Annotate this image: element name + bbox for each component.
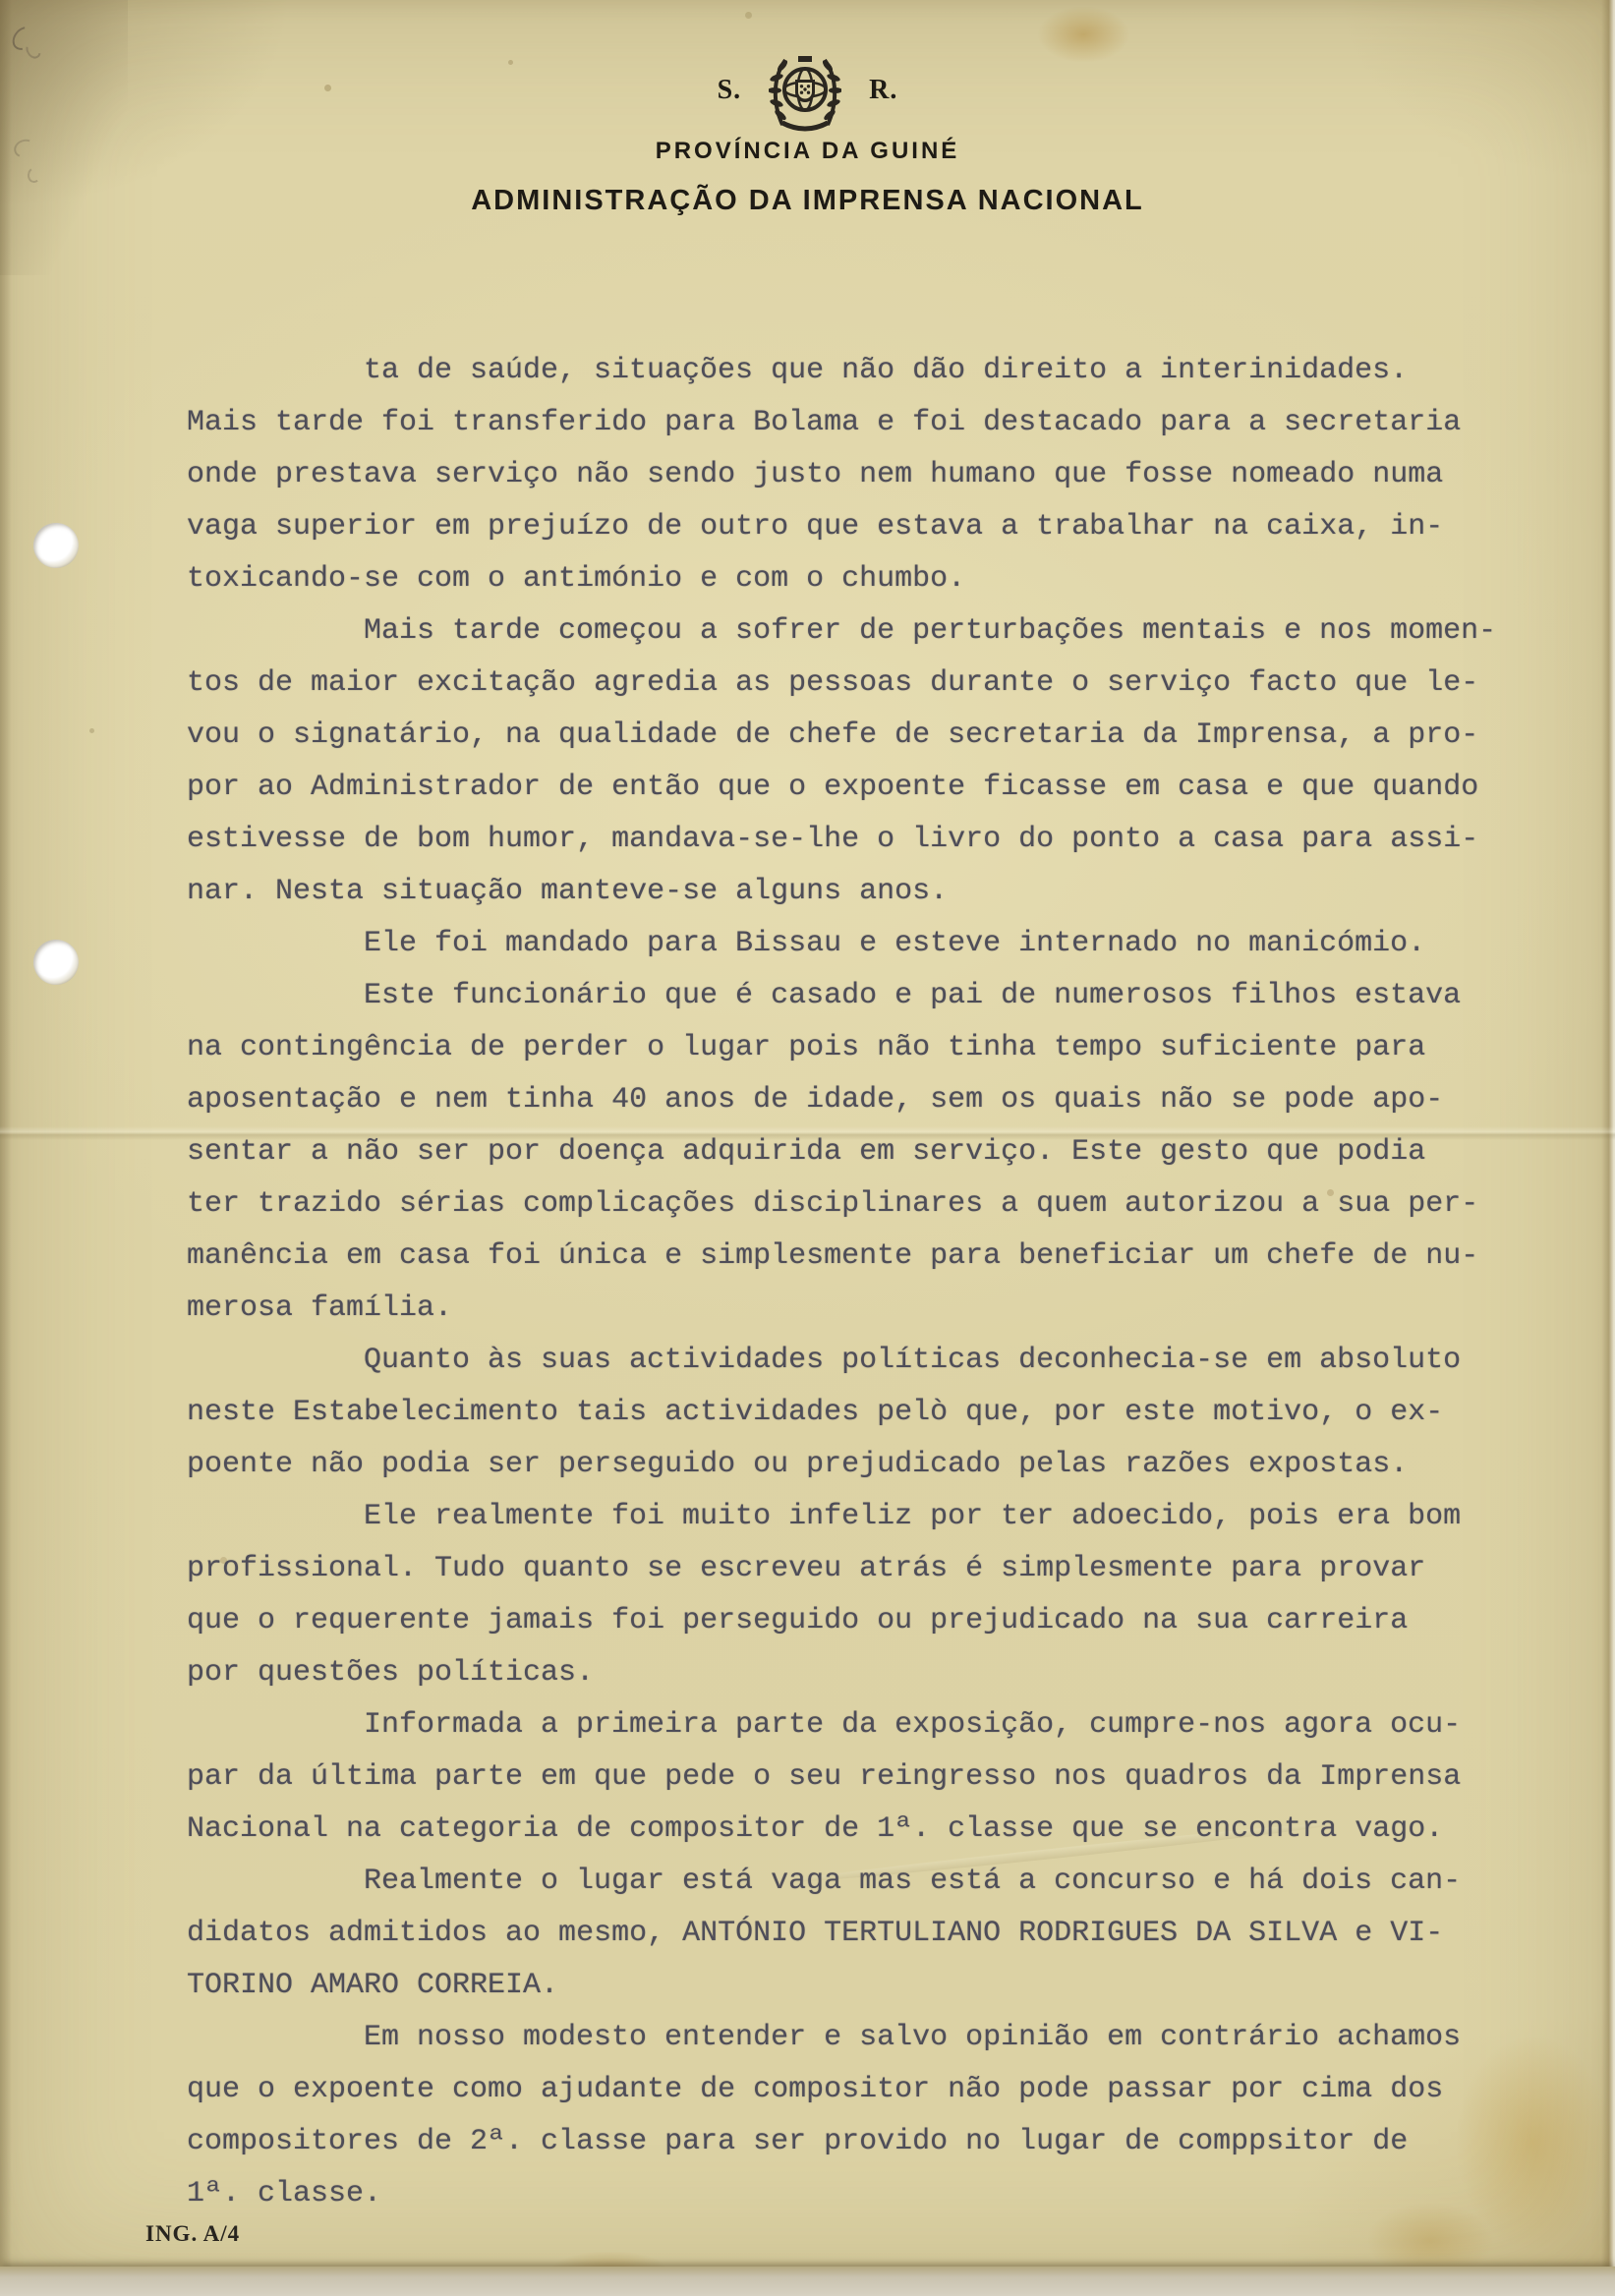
document-line: que o expoente como ajudante de composit… (187, 2064, 1524, 2116)
document-line: Este funcionário que é casado e pai de n… (187, 970, 1524, 1022)
document-line: na contingência de perder o lugar pois n… (187, 1022, 1524, 1074)
letterhead-right-initial: R. (869, 75, 897, 106)
scan-edge-right (1601, 0, 1615, 2296)
document-line: vou o signatário, na qualidade de chefe … (187, 710, 1524, 762)
form-code: ING. A/4 (145, 2221, 240, 2247)
document-line: compositores de 2ª. classe para ser prov… (187, 2116, 1524, 2168)
administration-title: ADMINISTRAÇÃO DA IMPRENSA NACIONAL (0, 185, 1615, 217)
document-line: Quanto às suas actividades políticas dec… (187, 1335, 1524, 1387)
document-line: neste Estabelecimento tais actividades p… (187, 1387, 1524, 1439)
letterhead-initials-row: S. (0, 47, 1615, 134)
letterhead: S. (0, 47, 1615, 217)
document-line: Mais tarde foi transferido para Bolama e… (187, 397, 1524, 449)
scan-edge-bottom (0, 2267, 1615, 2296)
document-line: manência em casa foi única e simplesment… (187, 1231, 1524, 1283)
document-line: vaga superior em prejuízo de outro que e… (187, 501, 1524, 553)
document-line: poente não podia ser perseguido ou preju… (187, 1439, 1524, 1491)
document-line: onde prestava serviço não sendo justo ne… (187, 449, 1524, 501)
document-line: nar. Nesta situação manteve-se alguns an… (187, 866, 1524, 918)
province-title: PROVÍNCIA DA GUINÉ (0, 138, 1615, 165)
document-line: por ao Administrador de então que o expo… (187, 762, 1524, 814)
scan-edge-left (0, 0, 12, 2296)
document-line: Ele foi mandado para Bissau e esteve int… (187, 918, 1524, 970)
document-line: que o requerente jamais foi perseguido o… (187, 1595, 1524, 1647)
letterhead-left-initial: S. (718, 75, 742, 106)
document-line: Mais tarde começou a sofrer de perturbaç… (187, 605, 1524, 658)
document-line: didatos admitidos ao mesmo, ANTÓNIO TERT… (187, 1908, 1524, 1960)
paper-specks (0, 0, 3, 3)
coat-of-arms-icon (769, 48, 841, 133)
document-line: par da última parte em que pede o seu re… (187, 1751, 1524, 1804)
document-line: tos de maior excitação agredia as pessoa… (187, 658, 1524, 710)
document-line: Ele realmente foi muito infeliz por ter … (187, 1491, 1524, 1543)
document-line: 1ª. classe. (187, 2168, 1524, 2220)
document-line: profissional. Tudo quanto se escreveu at… (187, 1543, 1524, 1595)
document-line: estivesse de bom humor, mandava-se-lhe o… (187, 814, 1524, 866)
document-line: sentar a não ser por doença adquirida em… (187, 1126, 1524, 1178)
document-line: por questões políticas. (187, 1647, 1524, 1699)
punch-hole (33, 523, 79, 568)
document-line: ter trazido sérias complicações discipli… (187, 1178, 1524, 1231)
document-line: aposentação e nem tinha 40 anos de idade… (187, 1074, 1524, 1126)
punch-hole (33, 940, 79, 985)
document-line: merosa família. (187, 1283, 1524, 1335)
document-line: ta de saúde, situações que não dão direi… (187, 345, 1524, 397)
document-line: toxicando-se com o antimónio e com o chu… (187, 553, 1524, 605)
typewritten-text: ta de saúde, situações que não dão direi… (187, 345, 1524, 2220)
document-line: Realmente o lugar está vaga mas está a c… (187, 1856, 1524, 1908)
document-page: S. (0, 0, 1615, 2296)
document-line: Nacional na categoria de compositor de 1… (187, 1804, 1524, 1856)
document-line: Informada a primeira parte da exposição,… (187, 1699, 1524, 1751)
document-line: TORINO AMARO CORREIA. (187, 1960, 1524, 2012)
document-line: Em nosso modesto entender e salvo opiniã… (187, 2012, 1524, 2064)
